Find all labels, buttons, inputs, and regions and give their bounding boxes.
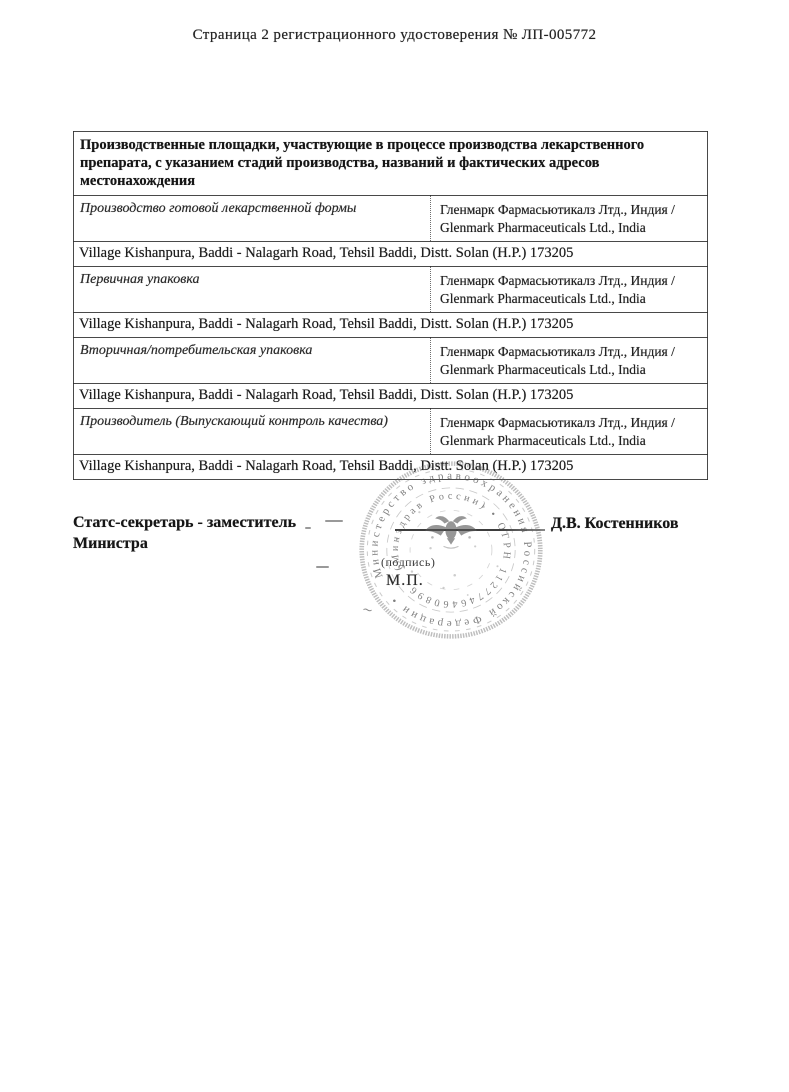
coat-of-arms-eagle-icon <box>425 516 477 548</box>
company-name-ru: Гленмарк Фармасьютикалз Лтд., Индия / <box>440 343 703 361</box>
stage-cell: Производитель (Выпускающий контроль каче… <box>74 409 431 455</box>
svg-text:Министерство здравоохранения Р: Министерство здравоохранения Российской … <box>358 460 544 640</box>
seal-svg: Министерство здравоохранения Российской … <box>358 460 544 640</box>
ministry-round-seal: Министерство здравоохранения Российской … <box>358 460 544 640</box>
stage-cell: Первичная упаковка <box>74 267 431 313</box>
seal-outer-ring-text: Министерство здравоохранения Российской … <box>358 460 544 640</box>
company-name-en: Glenmark Pharmaceuticals Ltd., India <box>440 432 703 450</box>
company-cell: Гленмарк Фармасьютикалз Лтд., Индия / Gl… <box>431 267 708 313</box>
scan-artifact <box>305 527 311 529</box>
table-row: Производитель (Выпускающий контроль каче… <box>74 409 708 455</box>
table-row: Village Kishanpura, Baddi - Nalagarh Roa… <box>74 242 708 267</box>
table-row: Вторичная/потребительская упаковка Гленм… <box>74 338 708 384</box>
signatory-position-title: Статс-секретарь - заместитель Министра <box>73 512 325 554</box>
table-row: Производство готовой лекарственной формы… <box>74 196 708 242</box>
scan-artifact <box>316 566 329 568</box>
scan-artifact <box>325 520 343 522</box>
company-name-ru: Гленмарк Фармасьютикалз Лтд., Индия / <box>440 414 703 432</box>
table-row: Village Kishanpura, Baddi - Nalagarh Roa… <box>74 313 708 338</box>
company-name-en: Glenmark Pharmaceuticals Ltd., India <box>440 219 703 237</box>
address-cell: Village Kishanpura, Baddi - Nalagarh Roa… <box>74 384 708 409</box>
company-cell: Гленмарк Фармасьютикалз Лтд., Индия / Gl… <box>431 338 708 384</box>
company-name-ru: Гленмарк Фармасьютикалз Лтд., Индия / <box>440 201 703 219</box>
company-cell: Гленмарк Фармасьютикалз Лтд., Индия / Gl… <box>431 196 708 242</box>
stage-cell: Вторичная/потребительская упаковка <box>74 338 431 384</box>
company-name-en: Glenmark Pharmaceuticals Ltd., India <box>440 290 703 308</box>
table-row: Village Kishanpura, Baddi - Nalagarh Roa… <box>74 384 708 409</box>
table-row: Первичная упаковка Гленмарк Фармасьютика… <box>74 267 708 313</box>
company-name-en: Glenmark Pharmaceuticals Ltd., India <box>440 361 703 379</box>
company-name-ru: Гленмарк Фармасьютикалз Лтд., Индия / <box>440 272 703 290</box>
seal-border-rings <box>362 464 541 637</box>
table-title: Производственные площадки, участвующие в… <box>74 132 708 196</box>
address-cell: Village Kishanpura, Baddi - Nalagarh Roa… <box>74 242 708 267</box>
stage-cell: Производство готовой лекарственной формы <box>74 196 431 242</box>
company-cell: Гленмарк Фармасьютикалз Лтд., Индия / Gl… <box>431 409 708 455</box>
table-title-row: Производственные площадки, участвующие в… <box>74 132 708 196</box>
scanned-certificate-page: { "page": { "header": "Страница 2 регист… <box>0 0 789 1092</box>
signatory-name: Д.В. Костенников <box>551 515 678 533</box>
production-sites-table: Производственные площадки, участвующие в… <box>73 131 708 480</box>
address-cell: Village Kishanpura, Baddi - Nalagarh Roa… <box>74 313 708 338</box>
page-header: Страница 2 регистрационного удостоверени… <box>0 27 789 44</box>
